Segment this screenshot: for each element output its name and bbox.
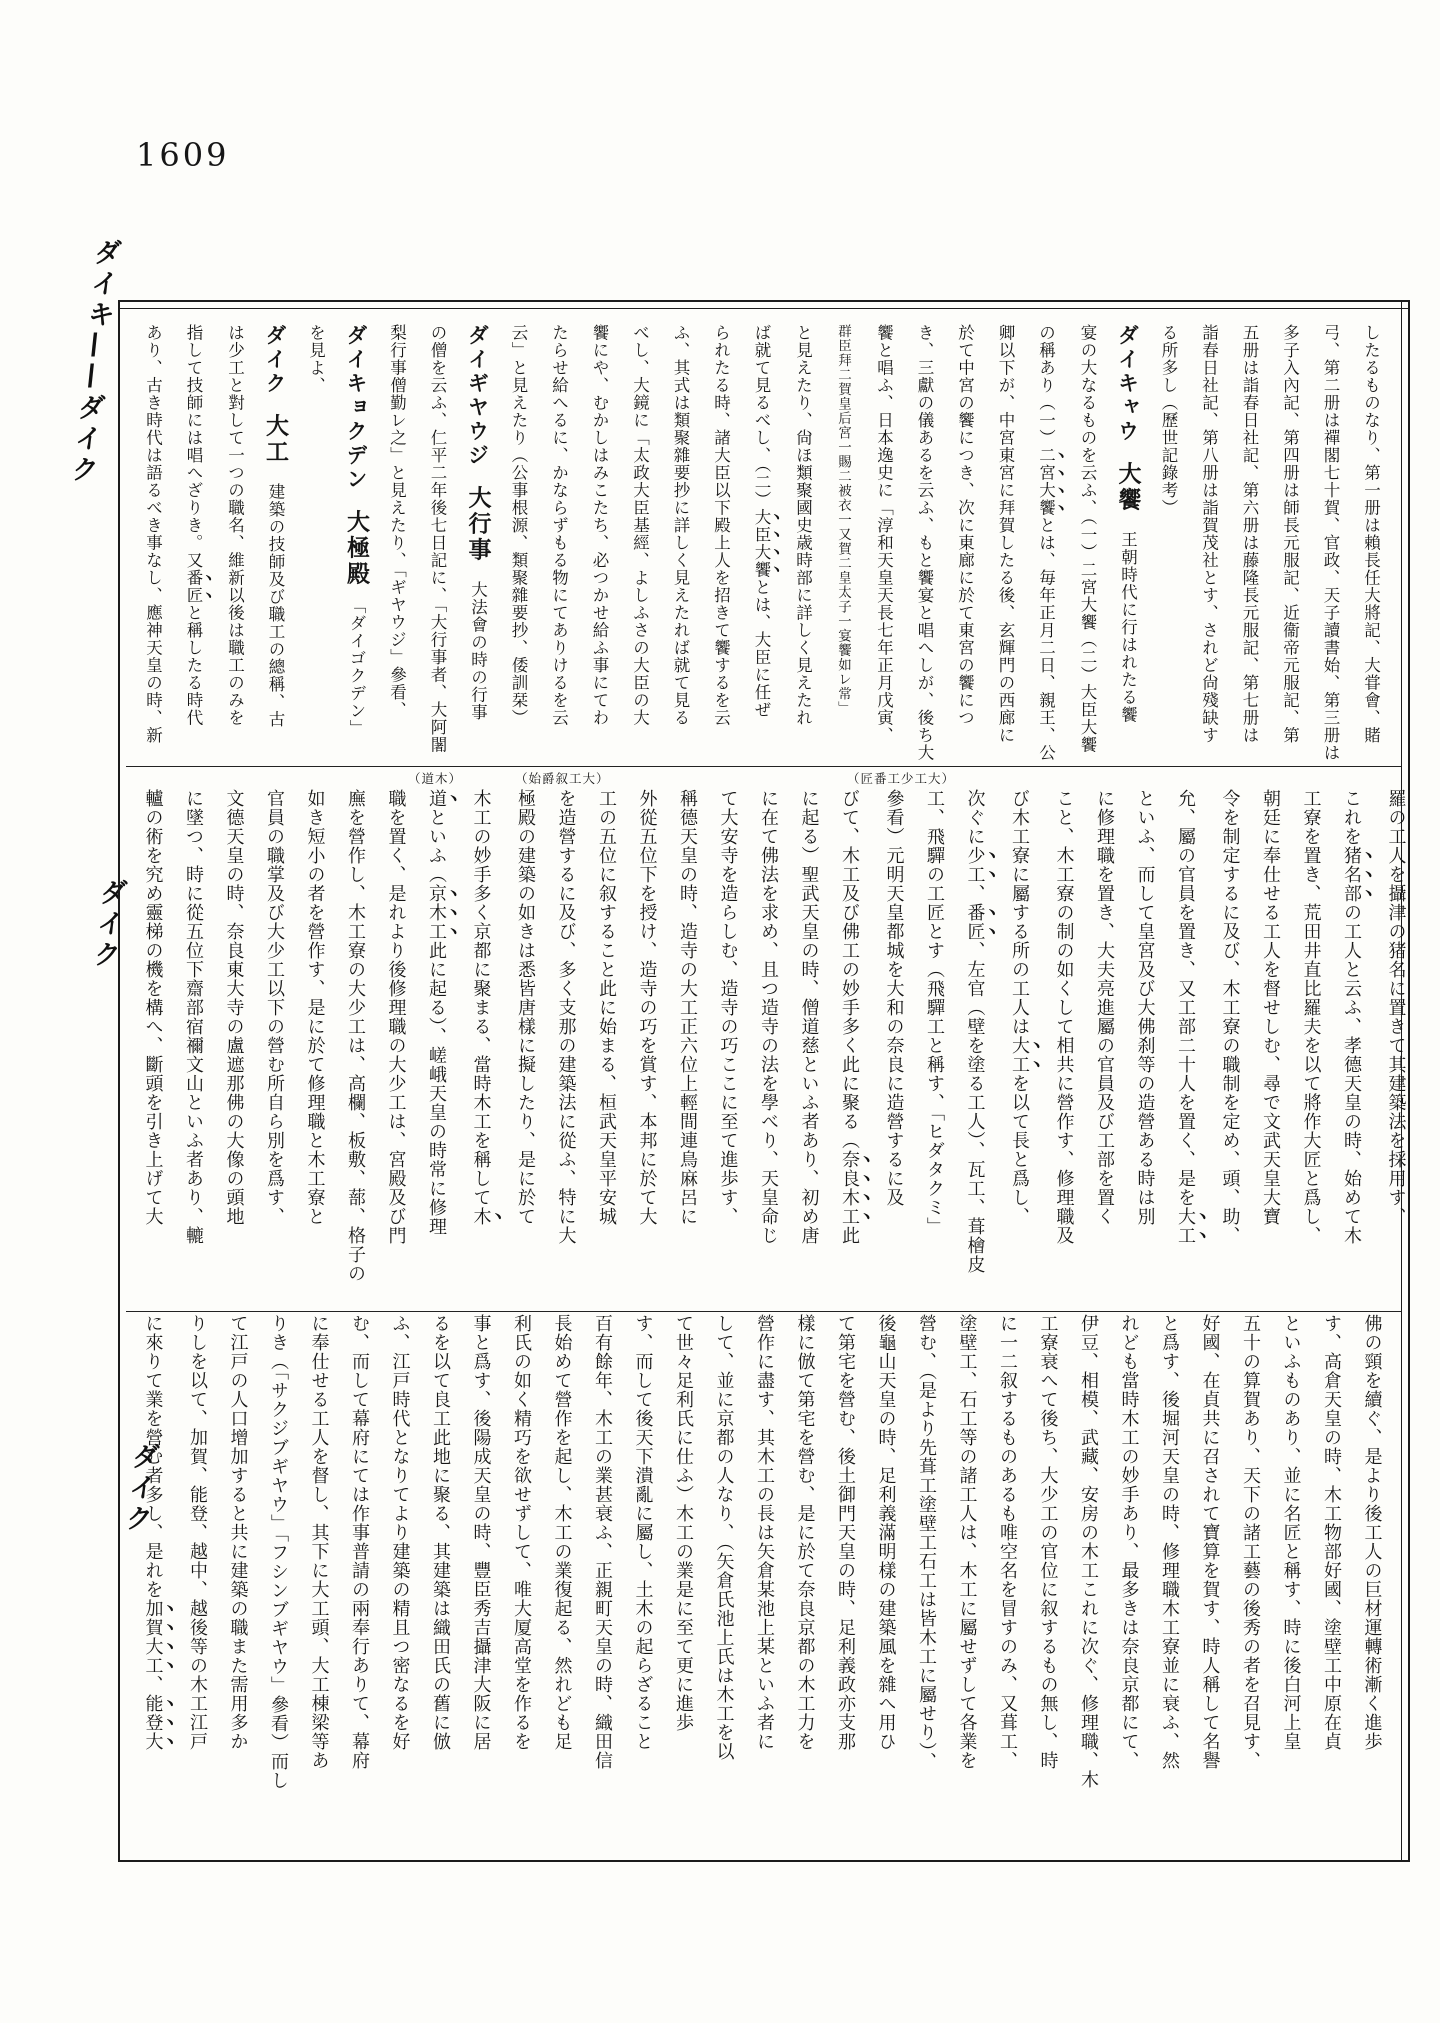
- page-number: 1609: [136, 136, 229, 174]
- text-column: りしを以て、加賀、能登、越中、越後等の木工江戸: [177, 1314, 218, 1864]
- frame-inner-top-rule: [120, 308, 1408, 309]
- text-column: 佛の頸を續ぐ、是より後工人の巨材運轉術漸く進歩: [1351, 1314, 1392, 1864]
- text-column: 指して技師には唱へざりき。又番匠と稱したる時代: [173, 324, 215, 764]
- text-column: ふ、江戸時代となりてより建築の精且つ密なるを好: [379, 1314, 420, 1864]
- text-column: 朝廷に奉仕せる工人を督せしむ、尋で文武天皇大寶: [1250, 789, 1291, 1309]
- text-column: れども當時木工の妙手あり、最多きは奈良京都にて、: [1108, 1314, 1149, 1864]
- text-column: 卿以下が、中宮東宮に拜賀したる後、玄輝門の西廊に: [985, 324, 1026, 764]
- text-column: 工の五位に叙すること此に始まる、桓武天皇平安城: [586, 789, 627, 1309]
- text-column: したるものなり、第一册は賴長任大將記、大甞會、賭: [1350, 324, 1391, 764]
- text-column: に來りて業を營む者多し、是れを加賀大工、能登大: [132, 1314, 177, 1864]
- text-column: 事と爲す、後陽成天皇の時、豐臣秀吉攝津大阪に居: [460, 1314, 501, 1864]
- text-column: 參看）元明天皇都城を大和の奈良に造營するに及: [873, 789, 914, 1309]
- interlinear-gloss: （道木）: [408, 769, 462, 787]
- text-column: 營作に盡す、其木工の長は矢倉某池上某といふ者に: [744, 1314, 785, 1864]
- text-column: 於て中宮の饗につき、次に東廊に於て東宮の饗につ: [944, 324, 985, 764]
- text-column: 五册は詣春日社記、第六册は藤隆長元服記、第七册は: [1229, 324, 1270, 764]
- margin-guide-word-top: ダイキ——ダイク: [61, 238, 126, 486]
- text-column: 官員の職掌及び大少工以下の營む所自ら別を爲す、: [254, 789, 295, 1309]
- text-column: たらせ給へるに、かならずもる物にてありけるを云: [538, 324, 579, 764]
- text-column: 如き短小の者を營作す、是に於て修理職と木工寮と: [294, 789, 335, 1309]
- text-column: 允、屬の官員を置き、又工部二十人を置く、是を大工: [1165, 789, 1210, 1309]
- text-column: 職を置く、是れより後修理職の大少工は、宮殿及び門: [375, 789, 416, 1309]
- text-column: を造營するに及び、多く支那の建築法に從ふ、特に大: [545, 789, 586, 1309]
- emphasised-term: 道: [426, 789, 447, 808]
- page-frame: したるものなり、第一册は賴長任大將記、大甞會、賭弓、第二册は禪閣七十賀、官政、天…: [118, 300, 1410, 1862]
- text-column: て世々足利氏に仕ふ）木工の業是に至て更に進歩: [663, 1314, 704, 1864]
- text-column: 宴の大なるものを云ふ、（一）二宮大饗（二）大臣大饗: [1067, 324, 1108, 764]
- text-column: 云」と見えたり（公事根源、類聚雜要抄、倭訓栞）: [498, 324, 539, 764]
- emphasised-term: 番匠: [965, 903, 986, 941]
- text-column: る所多し（歷世記錄考）: [1148, 324, 1189, 764]
- entry-heading-column: ダイク 大工 建築の技師及び職工の總稱、古: [255, 324, 296, 764]
- text-column: 營む、（是より先葺工塗壁工石工は皆木工に屬せり）、: [906, 1314, 947, 1864]
- text-column: といふものあり、並に名匠と稱す、時に後白河上皇: [1270, 1314, 1311, 1864]
- interlinear-gloss: （匠番工少工大）: [847, 769, 955, 787]
- text-column: 利氏の如く精巧を欲せずして、唯大厦高堂を作るを: [501, 1314, 542, 1864]
- scanned-dictionary-page: 1609 ダイキ——ダイク ダイク ダイク したるものなり、第一册は賴長任大將記…: [0, 0, 1440, 2023]
- emphasised-term: 大工: [1009, 1036, 1030, 1074]
- text-column: む、而して幕府にては作事普請の兩奉行ありて、幕府: [339, 1314, 380, 1864]
- emphasised-term: 二宮大饗: [1037, 447, 1056, 517]
- text-column: 好國、在貞共に召されて寶算を賀す、時人稱して名譽: [1189, 1314, 1230, 1864]
- text-column: 工、飛驒の工匠とす（飛驒工と稱す、「ヒダタクミ」: [914, 789, 955, 1309]
- emphasised-term: 番匠: [184, 569, 203, 604]
- headword-kana: ダイキャウ: [1116, 324, 1140, 444]
- text-column: 饗にや、むかしはみこたち、必つかせ給ふ事にてわ: [579, 324, 620, 764]
- text-column: の僧を云ふ、仁平二年後七日記に、「大行事者、大阿闍: [417, 324, 458, 764]
- emphasised-term: 奈良木工: [839, 1150, 860, 1226]
- text-column: これを猪名部の工人と云ふ、孝德天皇の時、始めて木: [1331, 789, 1376, 1309]
- headword-kanji: 大工: [262, 414, 289, 466]
- text-column: に墜つ、時に從五位下齋部宿禰文山といふ者あり、轆: [173, 789, 214, 1309]
- entry-heading-column: ダイキョクデン 大極殿 「ダイゴクデン」: [336, 324, 377, 764]
- text-column: べし、大鏡に「太政大臣基經、よしふさの大臣の大: [619, 324, 660, 764]
- band-separator-rule: [126, 1311, 1402, 1312]
- text-column: と見えたり、尙ほ類聚國史歳時部に詳しく見えたれ: [782, 324, 823, 764]
- text-column: 廡を營作し、木工寮の大少工は、高欄、板敷、蔀、格子の: [335, 789, 376, 1309]
- text-band-top: したるものなり、第一册は賴長任大將記、大甞會、賭弓、第二册は禪閣七十賀、官政、天…: [132, 324, 1391, 764]
- text-column: 群臣拜二賀皇后宮一賜二被衣一又賀二皇太子一宴饗如レ常」: [823, 324, 864, 764]
- text-column: 百有餘年、木工の業甚衰ふ、正親町天皇の時、織田信: [582, 1314, 623, 1864]
- text-column: に一二叙するものあるも唯空名を冒すのみ、又葺工、: [987, 1314, 1028, 1864]
- text-column: き、三獻の儀あるを云ふ、もと饗宴と唱へしが、後ち大: [904, 324, 945, 764]
- text-column: に起る）聖武天皇の時、僧道慈といふ者あり、初め唐: [788, 789, 829, 1309]
- text-column: 多子入內記、第四册は師長元服記、近衞帝元服記、第: [1269, 324, 1310, 764]
- text-column: 稱德天皇の時、造寺の大工正六位上輕間連鳥麻呂に: [667, 789, 708, 1309]
- text-column: 後龜山天皇の時、足利義滿明樣の建築風を雜へ用ひ: [865, 1314, 906, 1864]
- text-column: に在て佛法を求め、且つ造寺の法を學べり、天皇命じ: [748, 789, 789, 1309]
- text-column: 梨行事僧勤レ之」と見えたり、「ギヤウジ」參看、: [376, 324, 417, 764]
- text-column: び木工寮に屬する所の工人は大工を以て長と爲し、: [999, 789, 1044, 1309]
- text-column: 道といふ（京木工此に起る）、嵯峨天皇の時常に修理: [416, 789, 461, 1309]
- text-column: りき（「サクジブギヤウ」「フシンブギヤウ」參看）而し: [258, 1314, 299, 1864]
- text-column: に奉仕せる工人を督し、其下に大工頭、大工棟梁等あ: [298, 1314, 339, 1864]
- interlinear-gloss: （始爵叙工大）: [515, 769, 610, 787]
- headword-kana: ダイキョクデン: [344, 324, 368, 492]
- text-column: の稱あり（一）二宮大饗とは、毎年正月二日、親王、公: [1025, 324, 1067, 764]
- emphasised-term: 加賀大工: [143, 1599, 164, 1675]
- text-column: て江戸の人口增加すると共に建築の職また需用多か: [217, 1314, 258, 1864]
- headword-kana: ダイギヤウジ: [466, 324, 490, 468]
- text-column: 五十の算賀あり、天下の諸工藝の後秀の者を召見す、: [1230, 1314, 1271, 1864]
- headword-kanji: 大饗: [1115, 462, 1142, 514]
- text-column: 工寮を置き、荒田井直比羅夫を以て將作大匠と爲し、: [1290, 789, 1331, 1309]
- gloss-row: （匠番工少工大）（始爵叙工大）（道木）: [132, 769, 1396, 787]
- text-band-bottom: 佛の頸を續ぐ、是より後工人の巨材運轉術漸く進歩す、高倉天皇の時、木工物部好國、塗…: [132, 1314, 1392, 1864]
- emphasised-term: 猪名部: [1341, 846, 1362, 903]
- text-column: 樣に倣て第宅を營む、是に於て奈良京都の木工力を: [784, 1314, 825, 1864]
- emphasised-term: 大工: [1175, 1207, 1196, 1245]
- entry-heading-column: ダイキャウ 大饗 王朝時代に行はれたる饗: [1107, 324, 1148, 764]
- emphasised-term: 大臣大饗: [752, 508, 771, 578]
- emphasised-term: 京木工: [426, 884, 447, 941]
- headword-kanji: 大行事: [465, 486, 492, 564]
- text-column: ふ、其式は類聚雜要抄に詳しく見えたれば就て見る: [660, 324, 701, 764]
- text-band-middle: 羅の工人を攝津の猪名に置きて其建築法を採用す、これを猪名部の工人と云ふ、孝德天皇…: [132, 789, 1416, 1309]
- text-column: られたる時、諸大臣以下殿上人を招きて饗するを云: [700, 324, 741, 764]
- text-column: を見よ、: [295, 324, 336, 764]
- text-column: は少工と對して一つの職名、維新以後は職工のみを: [214, 324, 255, 764]
- text-column: あり、古き時代は語るべき事なし、應神天皇の時、新: [132, 324, 173, 764]
- text-column: 工寮衰へて後ち、大少工の官位に叙するもの無し、時: [1027, 1314, 1068, 1864]
- text-column: て第宅を營む、後土御門天皇の時、足利義政亦支那: [825, 1314, 866, 1864]
- text-column: 木工の妙手多く京都に聚まる、當時木工を稱して木: [460, 789, 505, 1309]
- text-column: す、高倉天皇の時、木工物部好國、塗壁工中原在貞: [1311, 1314, 1352, 1864]
- emphasised-term: 木: [471, 1207, 492, 1226]
- text-column: びて、木工及び佛工の妙手多く此に聚る（奈良木工此: [829, 789, 874, 1309]
- text-column: 令を制定するに及び、木工寮の職制を定め、頭、助、: [1209, 789, 1250, 1309]
- text-column: 塗壁工、石工等の諸工人は、木工に屬せずして各業を: [946, 1314, 987, 1864]
- text-column: るを以て良工此地に聚る、其建築は織田氏の舊に倣: [420, 1314, 461, 1864]
- text-column: 長始めて營作を起し、木工の業復起る、然れども足: [541, 1314, 582, 1864]
- text-column: ば就て見るべし、（二）大臣大饗とは、大臣に任ぜ: [741, 324, 783, 764]
- text-column: 詣春日社記、第八册は詣賀茂社とす、されど尙殘缺す: [1188, 324, 1229, 764]
- text-column: こと、木工寮の制の如くして相共に營作す、修理職及: [1043, 789, 1084, 1309]
- text-column: して、並に京都の人なり、（矢倉氏池上氏は木工を以: [703, 1314, 744, 1864]
- headword-kanji: 大極殿: [343, 510, 370, 588]
- text-column: 極殿の建築の如きは悉皆唐樣に擬したり、是に於て: [505, 789, 546, 1309]
- text-column: す、而して後天下潰亂に屬し、土木の起らざること: [622, 1314, 663, 1864]
- text-column: 弓、第二册は禪閣七十賀、官政、天子讀書始、第三册は: [1310, 324, 1351, 764]
- text-column: 饗と唱ふ、日本逸史に「淳和天皇天長七年正月戊寅、: [863, 324, 904, 764]
- text-column: 羅の工人を攝津の猪名に置きて其建築法を採用す、: [1375, 789, 1416, 1309]
- entry-heading-column: ダイギヤウジ 大行事 大法會の時の行事: [457, 324, 498, 764]
- text-column: 次ぐに少工、番匠、左官（壁を塗る工人）、瓦工、葺檜皮: [954, 789, 999, 1309]
- emphasised-term: 少工: [965, 846, 986, 884]
- text-column: 伊豆、相模、武藏、安房の木工これに次ぐ、修理職、木: [1068, 1314, 1109, 1864]
- text-column: て大安寺を造らしむ、造寺の巧ここに至て進歩す、: [707, 789, 748, 1309]
- text-column: といふ、而して皇宮及び大佛刹等の造營ある時は別: [1124, 789, 1165, 1309]
- text-column: 文德天皇の時、奈良東大寺の盧遮那佛の大像の頭地: [213, 789, 254, 1309]
- band-separator-rule: [126, 766, 1402, 767]
- text-column: に修理職を置き、大夫亮進屬の官員及び工部を置く: [1084, 789, 1125, 1309]
- text-column: 轤の術を究め靈梯の機を構へ、斷頭を引き上げて大: [132, 789, 173, 1309]
- text-column: 外從五位下を授け、造寺の巧を賞す、本邦に於て大: [626, 789, 667, 1309]
- headword-kana: ダイク: [263, 324, 287, 396]
- emphasised-term: 能登大: [143, 1694, 164, 1751]
- text-column: と爲す、後堀河天皇の時、修理職木工寮並に衰ふ、然: [1149, 1314, 1190, 1864]
